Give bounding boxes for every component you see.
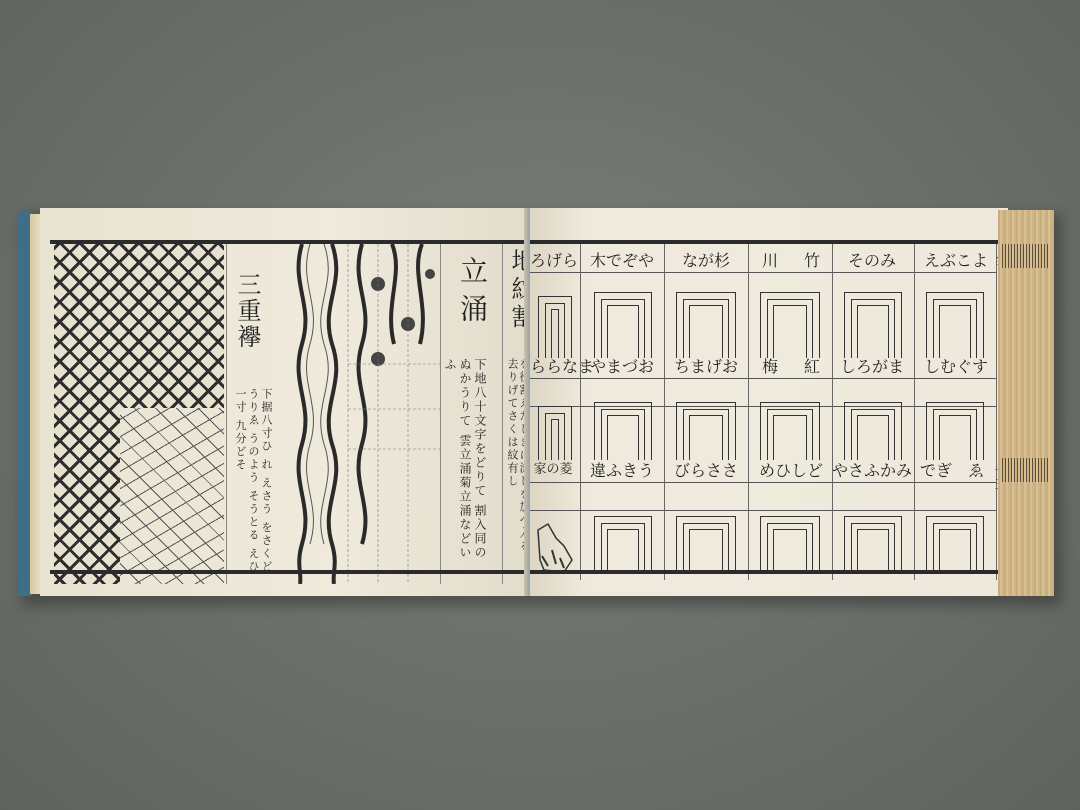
pattern-2-caption: 下地八十文字をどりて 割入同のぬかうりて 雲立涌菊立涌などいふ	[442, 358, 487, 568]
lattice-pattern	[120, 408, 224, 584]
tatewaku-wave-pattern	[290, 244, 440, 584]
bottom-border-rule	[50, 570, 528, 574]
cell-label: 家の菱	[530, 458, 576, 477]
monogram-pattern	[594, 292, 652, 358]
cell-label: でぎ	[916, 458, 956, 481]
monogram-pattern	[676, 292, 736, 358]
cell-label: えぶこよ	[916, 248, 996, 271]
monogram-pattern	[844, 292, 902, 358]
bottom-border-rule	[530, 570, 1006, 574]
fore-edge-ink-mark	[1002, 244, 1048, 268]
monogram-pattern	[594, 516, 652, 574]
cell-label: やさふかみ	[832, 458, 912, 481]
monogram-pattern	[844, 516, 902, 574]
monogram-pattern	[926, 516, 984, 574]
cell-label: ろげら	[530, 248, 576, 271]
monogram-pattern	[926, 402, 984, 460]
pattern-1-title: 三重襷	[230, 272, 265, 350]
monogram-pattern	[676, 516, 736, 574]
cell-label: 木でぞや	[582, 248, 662, 271]
monogram-pattern	[594, 402, 652, 460]
monogram-pattern	[760, 516, 820, 574]
cell-label: 違ふきう	[582, 458, 662, 481]
cell-label: ゑ	[956, 458, 996, 481]
monogram-pattern	[926, 292, 984, 358]
cell-label: 竹	[792, 248, 832, 271]
cell-label: なが杉	[666, 248, 746, 271]
monogram-pattern	[844, 402, 902, 460]
column-divider	[440, 244, 441, 584]
cell-label: そのみ	[832, 248, 912, 271]
pattern-1-caption: 下据八寸ひ れ えさう をさくどうりゑ うのよう そうとる えひ 一寸 九分どそ	[234, 388, 273, 578]
monogram-pattern	[760, 292, 820, 358]
left-page: 三重襷 下据八寸ひ れ えさう をさくどうりゑ うのよう そうとる えひ 一寸 …	[40, 208, 530, 596]
pattern-2-title: 立涌	[452, 256, 492, 332]
landscape-sketch	[534, 520, 576, 576]
cell-label: びらささ	[666, 458, 746, 481]
right-page: ろげら 木でぞや なが杉 川 竹 そのみ えぶこよ ららなま やまづお ちまげお…	[530, 208, 1008, 596]
monogram-pattern	[538, 406, 572, 460]
fore-edge-ink-mark	[1002, 458, 1048, 482]
column-divider	[502, 244, 503, 584]
column-divider	[226, 244, 227, 584]
monogram-pattern	[538, 296, 572, 358]
cell-label: めひしど	[750, 458, 832, 481]
cell-label: 川	[750, 248, 790, 271]
monogram-pattern	[676, 402, 736, 460]
monogram-pattern	[760, 402, 820, 460]
open-book: 三重襷 下据八寸ひ れ えさう をさくどうりゑ うのよう そうとる えひ 一寸 …	[18, 208, 1056, 598]
monogram-pattern-grid: ろげら 木でぞや なが杉 川 竹 そのみ えぶこよ ららなま やまづお ちまげお…	[530, 244, 996, 580]
